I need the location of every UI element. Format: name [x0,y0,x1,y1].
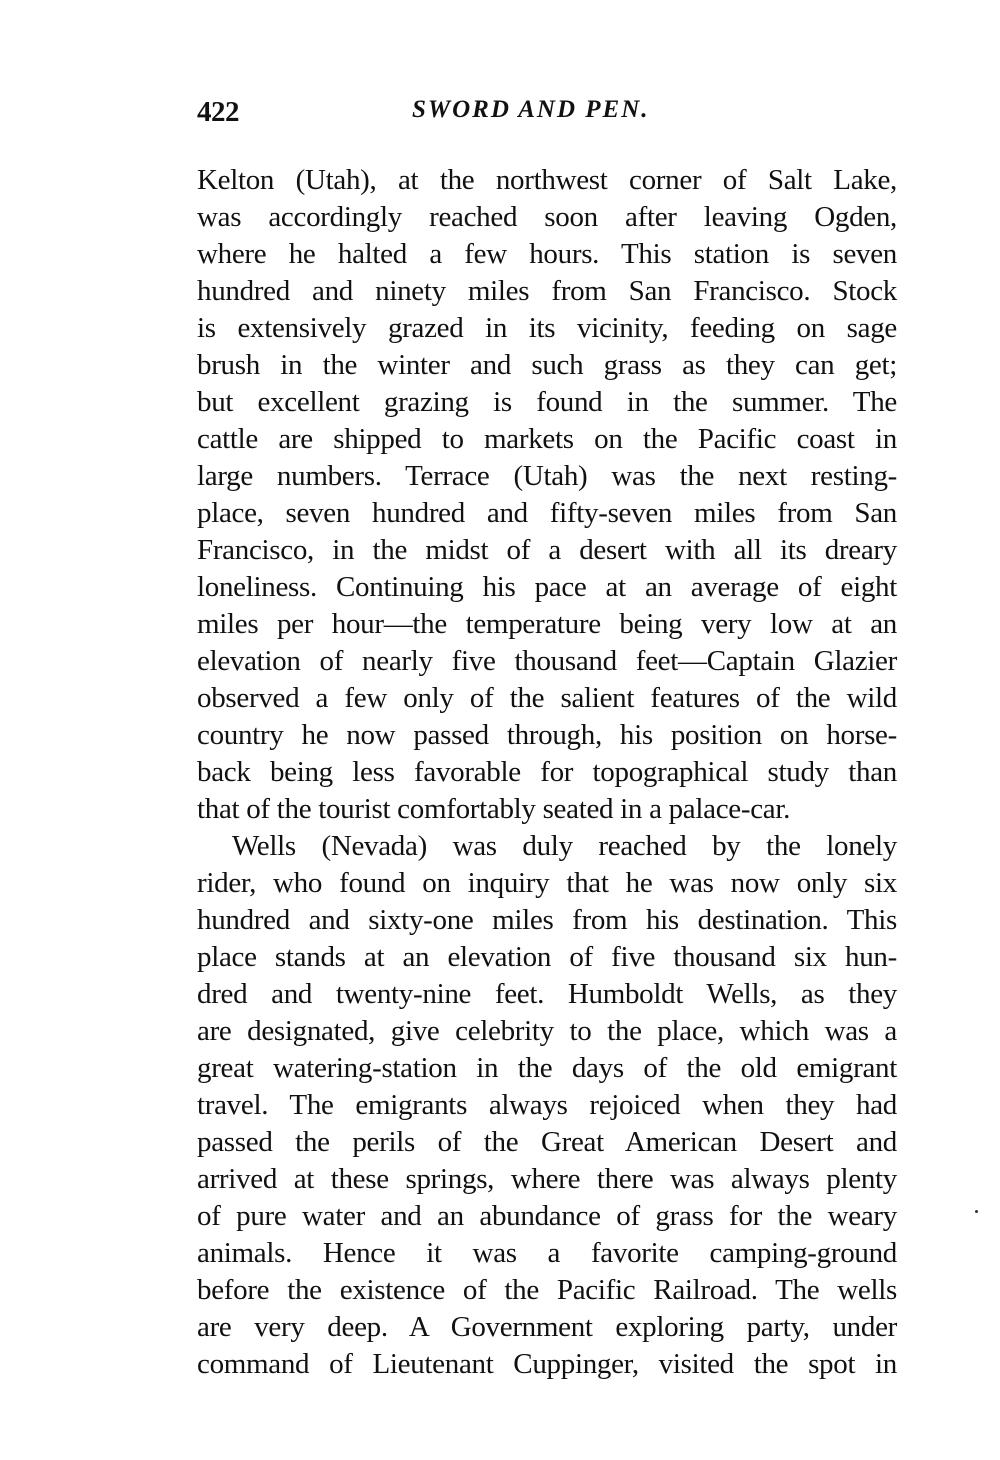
text-line: place stands at an elevation of five tho… [197,939,897,976]
text-line: are designated, give celebrity to the pl… [197,1013,897,1050]
running-head: 422 SWORD AND PEN. [197,96,897,132]
text-line: before the existence of the Pacific Rail… [197,1272,897,1309]
running-title: SWORD AND PEN. [412,96,650,124]
text-line: hundred and ninety miles from San Franci… [197,273,897,310]
text-line: hundred and sixty-one miles from his des… [197,902,897,939]
text-line: miles per hour—the temperature being ver… [197,606,897,643]
text-line: place, seven hundred and fifty-seven mil… [197,495,897,532]
text-line: was accordingly reached soon after leavi… [197,199,897,236]
text-line: is extensively grazed in its vicinity, f… [197,310,897,347]
text-line: dred and twenty-nine feet. Humboldt Well… [197,976,897,1013]
text-line: are very deep. A Government exploring pa… [197,1309,897,1346]
text-line: observed a few only of the salient featu… [197,680,897,717]
text-line: animals. Hence it was a favorite camping… [197,1235,897,1272]
body-text: Kelton (Utah), at the northwest corner o… [197,162,897,1383]
text-line: large numbers. Terrace (Utah) was the ne… [197,458,897,495]
text-line: great watering-station in the days of th… [197,1050,897,1087]
text-line: elevation of nearly five thousand feet—C… [197,643,897,680]
page-number: 422 [197,96,239,129]
text-line: travel. The emigrants always rejoiced wh… [197,1087,897,1124]
text-line: Wells (Nevada) was duly reached by the l… [197,828,897,865]
scan-speck [975,1210,978,1213]
text-line: cattle are shipped to markets on the Pac… [197,421,897,458]
paragraph-kelton: Kelton (Utah), at the northwest corner o… [197,162,897,828]
text-line: Francisco, in the midst of a desert with… [197,532,897,569]
paragraph-wells: Wells (Nevada) was duly reached by the l… [197,828,897,1383]
text-line: of pure water and an abundance of grass … [197,1198,897,1235]
text-line: back being less favorable for topographi… [197,754,897,791]
text-line: passed the perils of the Great American … [197,1124,897,1161]
text-line: Kelton (Utah), at the northwest corner o… [197,162,897,199]
text-line: brush in the winter and such grass as th… [197,347,897,384]
text-line: where he halted a few hours. This statio… [197,236,897,273]
book-page: 422 SWORD AND PEN. Kelton (Utah), at the… [0,0,1000,1460]
text-line: command of Lieutenant Cuppinger, visited… [197,1346,897,1383]
text-line: rider, who found on inquiry that he was … [197,865,897,902]
text-line: that of the tourist comfortably seated i… [197,791,897,828]
text-line: but excellent grazing is found in the su… [197,384,897,421]
text-line: arrived at these springs, where there wa… [197,1161,897,1198]
text-line: loneliness. Continuing his pace at an av… [197,569,897,606]
text-line: country he now passed through, his posit… [197,717,897,754]
